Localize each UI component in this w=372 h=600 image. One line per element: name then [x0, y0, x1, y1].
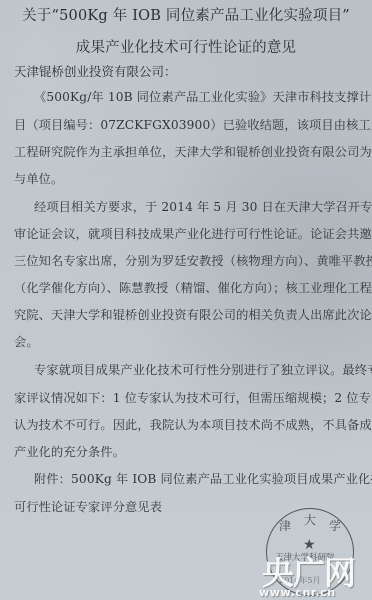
paragraph-2-line-4: （化学催化方向）、陈慧教授（精馏、催化方向）；核工业理化工程研 — [14, 279, 372, 296]
paragraph-2-line-2: 审论证会议，就项目科技成果产业化进行可行性论证。论证会共邀请 — [14, 225, 372, 242]
paragraph-3-line-3: 认为技术不可行。因此，我院认为本项目技术尚不成熟，不具备成果 — [14, 416, 372, 433]
attachment-line-1: 附件：500Kg 年 IOB 同位素产品工业化实验项目成果产业化技术 — [34, 470, 372, 487]
paragraph-2-line-1: 经项目相关方要求，于 2014 年 5 月 30 日在天津大学召开专家评 — [34, 198, 372, 215]
document-title-line-2: 成果产业化技术可行性论证的意见 — [0, 36, 372, 57]
stamp-char-1: 津 — [279, 517, 291, 534]
paragraph-1-line-2: 目（项目编号：07ZCKFGX03900）已验收结题，该项目由核工业理化 — [14, 116, 372, 133]
document-title-line-1: 关于“500Kg 年 IOB 同位素产品工业化实验项目” — [0, 4, 372, 25]
paragraph-1-line-4: 与单位。 — [14, 170, 63, 187]
attachment-line-2: 可行性论证专家评分意见表 — [14, 498, 162, 515]
paragraph-2-line-5: 究院、天津大学和锟桥创业投资有限公司的相关负责人出席此次论证 — [14, 306, 372, 323]
paragraph-3-line-1: 专家就项目成果产业化技术可行性分别进行了独立评议。最终专 — [34, 361, 372, 378]
paragraph-1-line-1: 《500Kg/年 10B 同位素产品工业化实验》天津市科技支撑计划项 — [34, 88, 372, 105]
stamp-char-3: 学 — [329, 517, 341, 534]
addressee: 天津锟桥创业投资有限公司： — [14, 62, 177, 80]
paragraph-1-line-3: 工程研究院作为主承担单位，天津大学和锟桥创业投资有限公司为参 — [14, 143, 372, 160]
paragraph-3-line-4: 产业化的充分条件。 — [14, 443, 125, 460]
paragraph-3-line-2: 家评议情况如下：1 位专家认为技术可行，但需压缩规模；2 位专家 — [14, 389, 372, 406]
paragraph-2-line-6: 会。 — [14, 333, 39, 350]
watermark-url: www.cnr.cn — [259, 586, 336, 599]
stamp-char-2: 大 — [304, 511, 316, 528]
paragraph-2-line-3: 三位知名专家出席，分别为罗廷安教授（核物理方向）、黄唯平教授 — [14, 252, 372, 269]
